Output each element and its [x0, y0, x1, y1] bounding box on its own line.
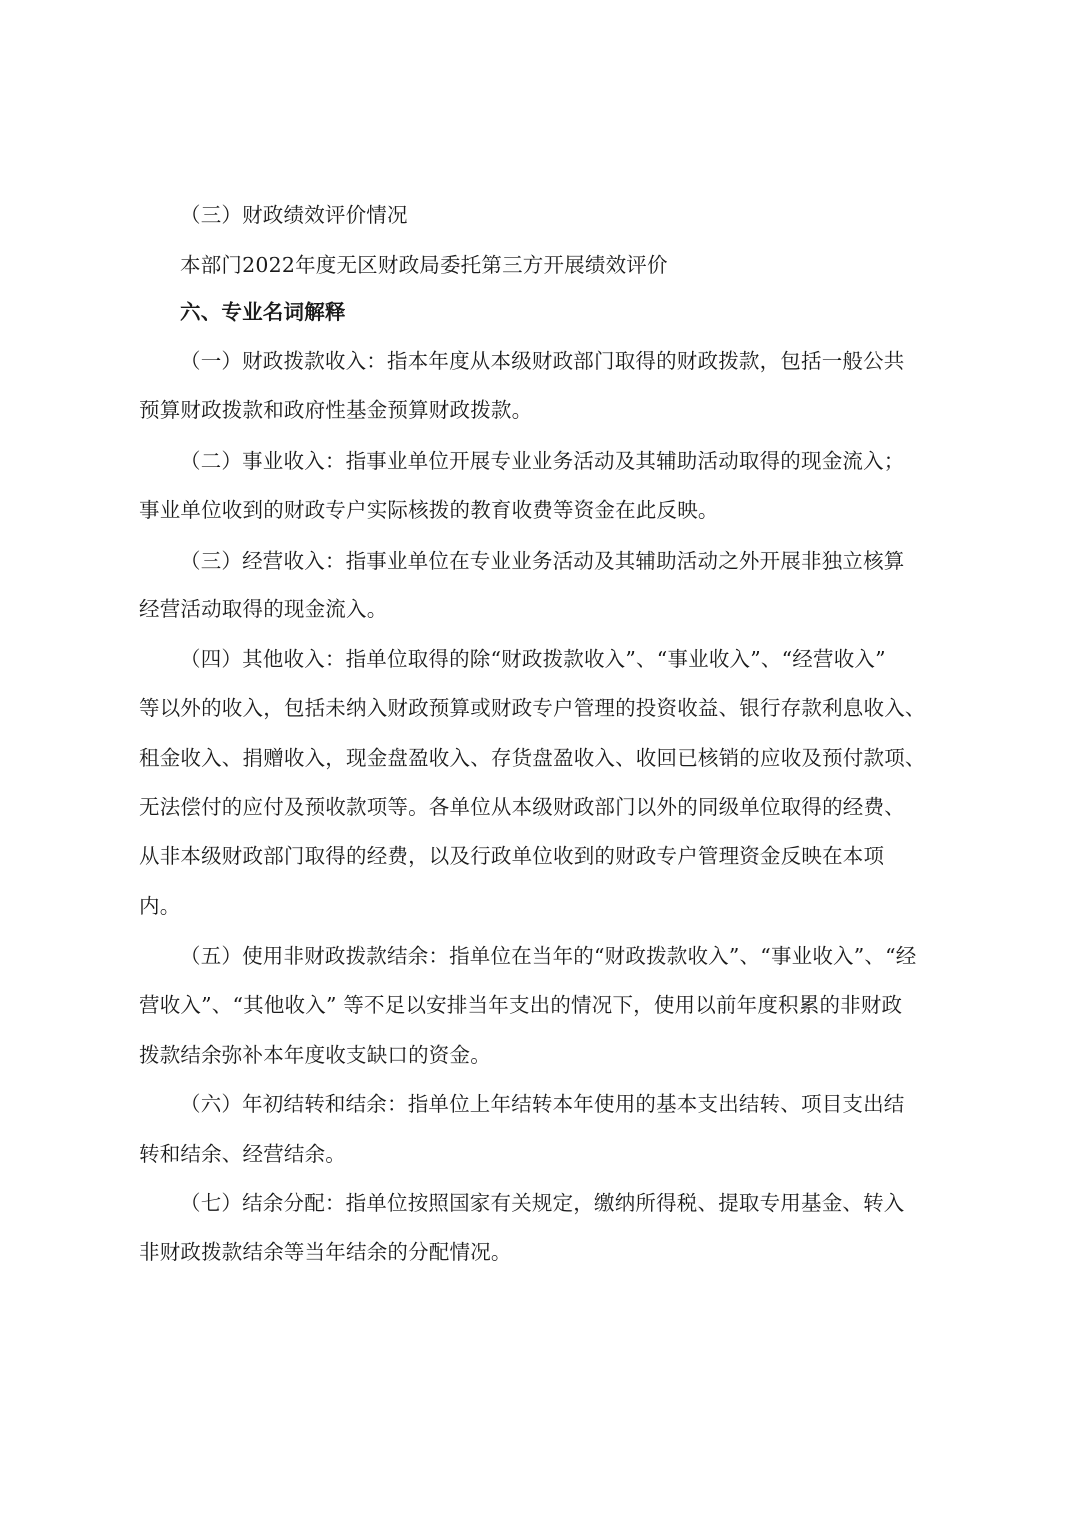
glossary-term-5-line-1: （五）使用非财政拨款结余：指单位在当年的“财政拨款收入”、“事业收入”、“经: [180, 944, 917, 968]
glossary-term-1-line-1: （一）财政拨款收入：指本年度从本级财政部门取得的财政拨款，包括一般公共: [180, 349, 905, 373]
glossary-term-5-line-2: 营收入”、“其他收入” 等不足以安排当年支出的情况下，使用以前年度积累的非财政: [139, 993, 902, 1017]
glossary-term-4-line-2: 等以外的收入，包括未纳入财政预算或财政专户管理的投资收益、银行存款利息收入、: [139, 696, 926, 720]
document-page: （三）财政绩效评价情况 本部门2022年度无区财政局委托第三方开展绩效评价 六、…: [0, 0, 1074, 1520]
glossary-term-4-line-5: 从非本级财政部门取得的经费，以及行政单位收到的财政专户管理资金反映在本项: [139, 844, 884, 868]
glossary-term-7-line-1: （七）结余分配：指单位按照国家有关规定，缴纳所得税、提取专用基金、转入: [180, 1191, 905, 1215]
section-body-performance-evaluation: 本部门2022年度无区财政局委托第三方开展绩效评价: [180, 253, 668, 277]
glossary-term-3-line-1: （三）经营收入：指事业单位在专业业务活动及其辅助活动之外开展非独立核算: [180, 549, 905, 573]
glossary-term-4-line-6: 内。: [139, 894, 180, 918]
glossary-term-2-line-2: 事业单位收到的财政专户实际核拨的教育收费等资金在此反映。: [139, 498, 719, 522]
glossary-term-4-line-3: 租金收入、捐赠收入，现金盘盈收入、存货盘盈收入、收回已核销的应收及预付款项、: [139, 746, 926, 770]
section-title-performance-evaluation: （三）财政绩效评价情况: [180, 203, 408, 227]
glossary-term-1-line-2: 预算财政拨款和政府性基金预算财政拨款。: [139, 398, 532, 422]
glossary-term-5-line-3: 拨款结余弥补本年度收支缺口的资金。: [139, 1043, 491, 1067]
glossary-term-7-line-2: 非财政拨款结余等当年结余的分配情况。: [139, 1240, 512, 1264]
glossary-term-6-line-1: （六）年初结转和结余：指单位上年结转本年使用的基本支出结转、项目支出结: [180, 1092, 905, 1116]
section-heading-glossary: 六、专业名词解释: [180, 300, 346, 324]
glossary-term-4-line-1: （四）其他收入：指单位取得的除“财政拨款收入”、“事业收入”、“经营收入”: [180, 647, 886, 671]
glossary-term-2-line-1: （二）事业收入：指事业单位开展专业业务活动及其辅助活动取得的现金流入；: [180, 449, 905, 473]
glossary-term-4-line-4: 无法偿付的应付及预收款项等。各单位从本级财政部门以外的同级单位取得的经费、: [139, 795, 905, 819]
glossary-term-3-line-2: 经营活动取得的现金流入。: [139, 597, 387, 621]
glossary-term-6-line-2: 转和结余、经营结余。: [139, 1142, 346, 1166]
